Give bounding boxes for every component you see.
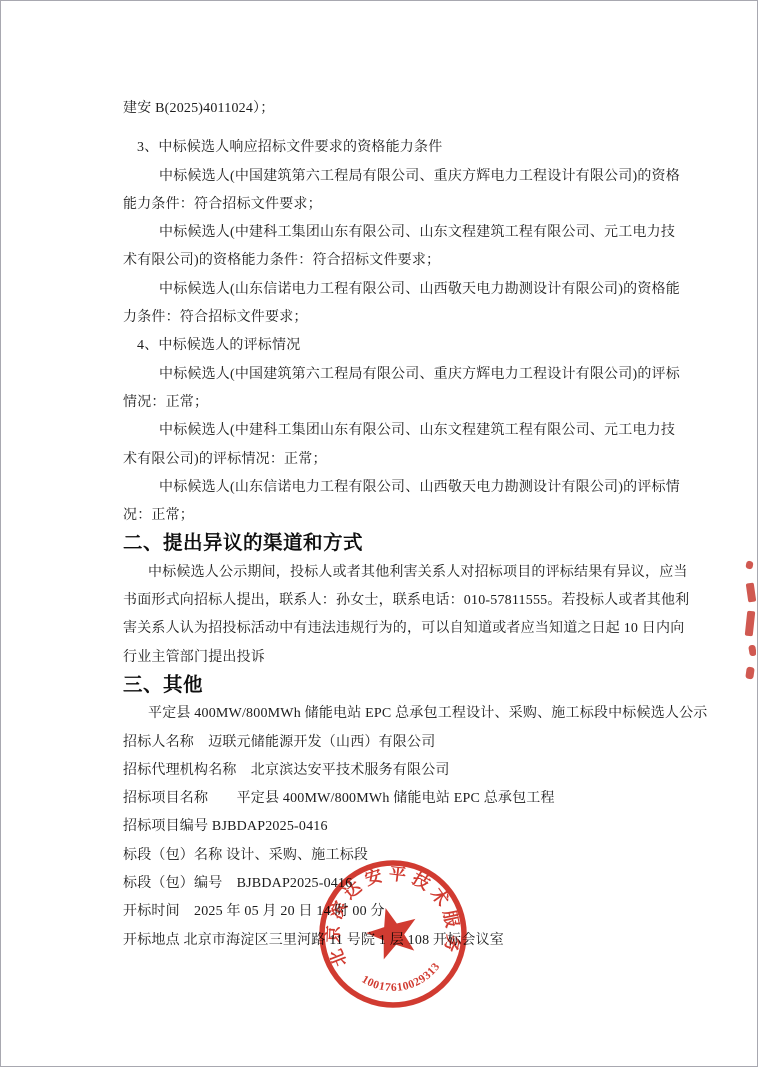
svg-text:10017610029313: 10017610029313 xyxy=(358,959,446,1000)
document-line: 开标时间 2025 年 05 月 20 日 14 时 00 分 xyxy=(123,898,669,926)
document-line: 情况：正常； xyxy=(123,389,669,417)
edge-seal-fragment xyxy=(740,553,756,693)
document-line: 招标项目名称 平定县 400MW/800MWh 储能电站 EPC 总承包工程 xyxy=(123,785,669,813)
document-page: 建安 B(2025)4011024）；3、中标候选人响应招标文件要求的资格能力条… xyxy=(0,0,758,1067)
document-line: 中标候选人公示期间，投标人或者其他利害关系人对招标项目的评标结果有异议，应当 xyxy=(123,559,669,587)
document-line: 中标候选人(中建科工集团山东有限公司、山东文程建筑工程有限公司、元工电力技 xyxy=(123,219,669,247)
seal-serial-number: 10017610029313 xyxy=(358,959,446,1000)
document-line: 中标候选人(中国建筑第六工程局有限公司、重庆方辉电力工程设计有限公司)的资格 xyxy=(123,163,669,191)
document-line: 能力条件：符合招标文件要求； xyxy=(123,191,669,219)
document-line: 招标人名称 迈联元储能源开发（山西）有限公司 xyxy=(123,729,669,757)
document-line: 中标候选人(中建科工集团山东有限公司、山东文程建筑工程有限公司、元工电力技 xyxy=(123,417,669,445)
edge-seal-fragment-mark xyxy=(745,560,754,569)
document-line: 招标项目编号 BJBDAP2025-0416 xyxy=(123,813,669,841)
document-line: 中标候选人(山东信诺电力工程有限公司、山西敬天电力勘测设计有限公司)的资格能 xyxy=(123,276,669,304)
document-line: 三、其他 xyxy=(123,672,669,700)
document-line: 平定县 400MW/800MWh 储能电站 EPC 总承包工程设计、采购、施工标… xyxy=(123,700,669,728)
document-line: 招标代理机构名称 北京滨达安平技术服务有限公司 xyxy=(123,757,669,785)
document-line: 开标地点 北京市海淀区三里河路 11 号院 1 层 108 开标会议室 xyxy=(123,927,669,955)
document-line: 书面形式向招标人提出，联系人：孙女士，联系电话：010-57811555。若投标… xyxy=(123,587,669,615)
document-line: 中标候选人(山东信诺电力工程有限公司、山西敬天电力勘测设计有限公司)的评标情 xyxy=(123,474,669,502)
document-line: 况：正常； xyxy=(123,502,669,530)
document-line: 标段（包）编号 BJBDAP2025-0416 xyxy=(123,870,669,898)
document-line: 行业主管部门提出投诉 xyxy=(123,644,669,672)
document-line: 建安 B(2025)4011024）； xyxy=(123,95,669,123)
edge-seal-fragment-mark xyxy=(748,644,756,656)
document-body: 建安 B(2025)4011024）；3、中标候选人响应招标文件要求的资格能力条… xyxy=(123,95,669,955)
document-line: 术有限公司)的资格能力条件：符合招标文件要求； xyxy=(123,247,669,275)
document-line: 力条件：符合招标文件要求； xyxy=(123,304,669,332)
document-line: 标段（包）名称 设计、采购、施工标段 xyxy=(123,842,669,870)
document-line: 中标候选人(中国建筑第六工程局有限公司、重庆方辉电力工程设计有限公司)的评标 xyxy=(123,361,669,389)
edge-seal-fragment-mark xyxy=(745,611,756,637)
document-line: 3、中标候选人响应招标文件要求的资格能力条件 xyxy=(123,134,669,162)
edge-seal-fragment-mark xyxy=(746,583,756,603)
edge-seal-fragment-mark xyxy=(745,667,755,680)
document-line: 术有限公司)的评标情况：正常； xyxy=(123,446,669,474)
document-line: 二、提出异议的渠道和方式 xyxy=(123,530,669,558)
document-line: 4、中标候选人的评标情况 xyxy=(123,332,669,360)
document-line: 害关系人认为招投标活动中有违法违规行为的，可以自知道或者应当知道之日起 10 日… xyxy=(123,615,669,643)
